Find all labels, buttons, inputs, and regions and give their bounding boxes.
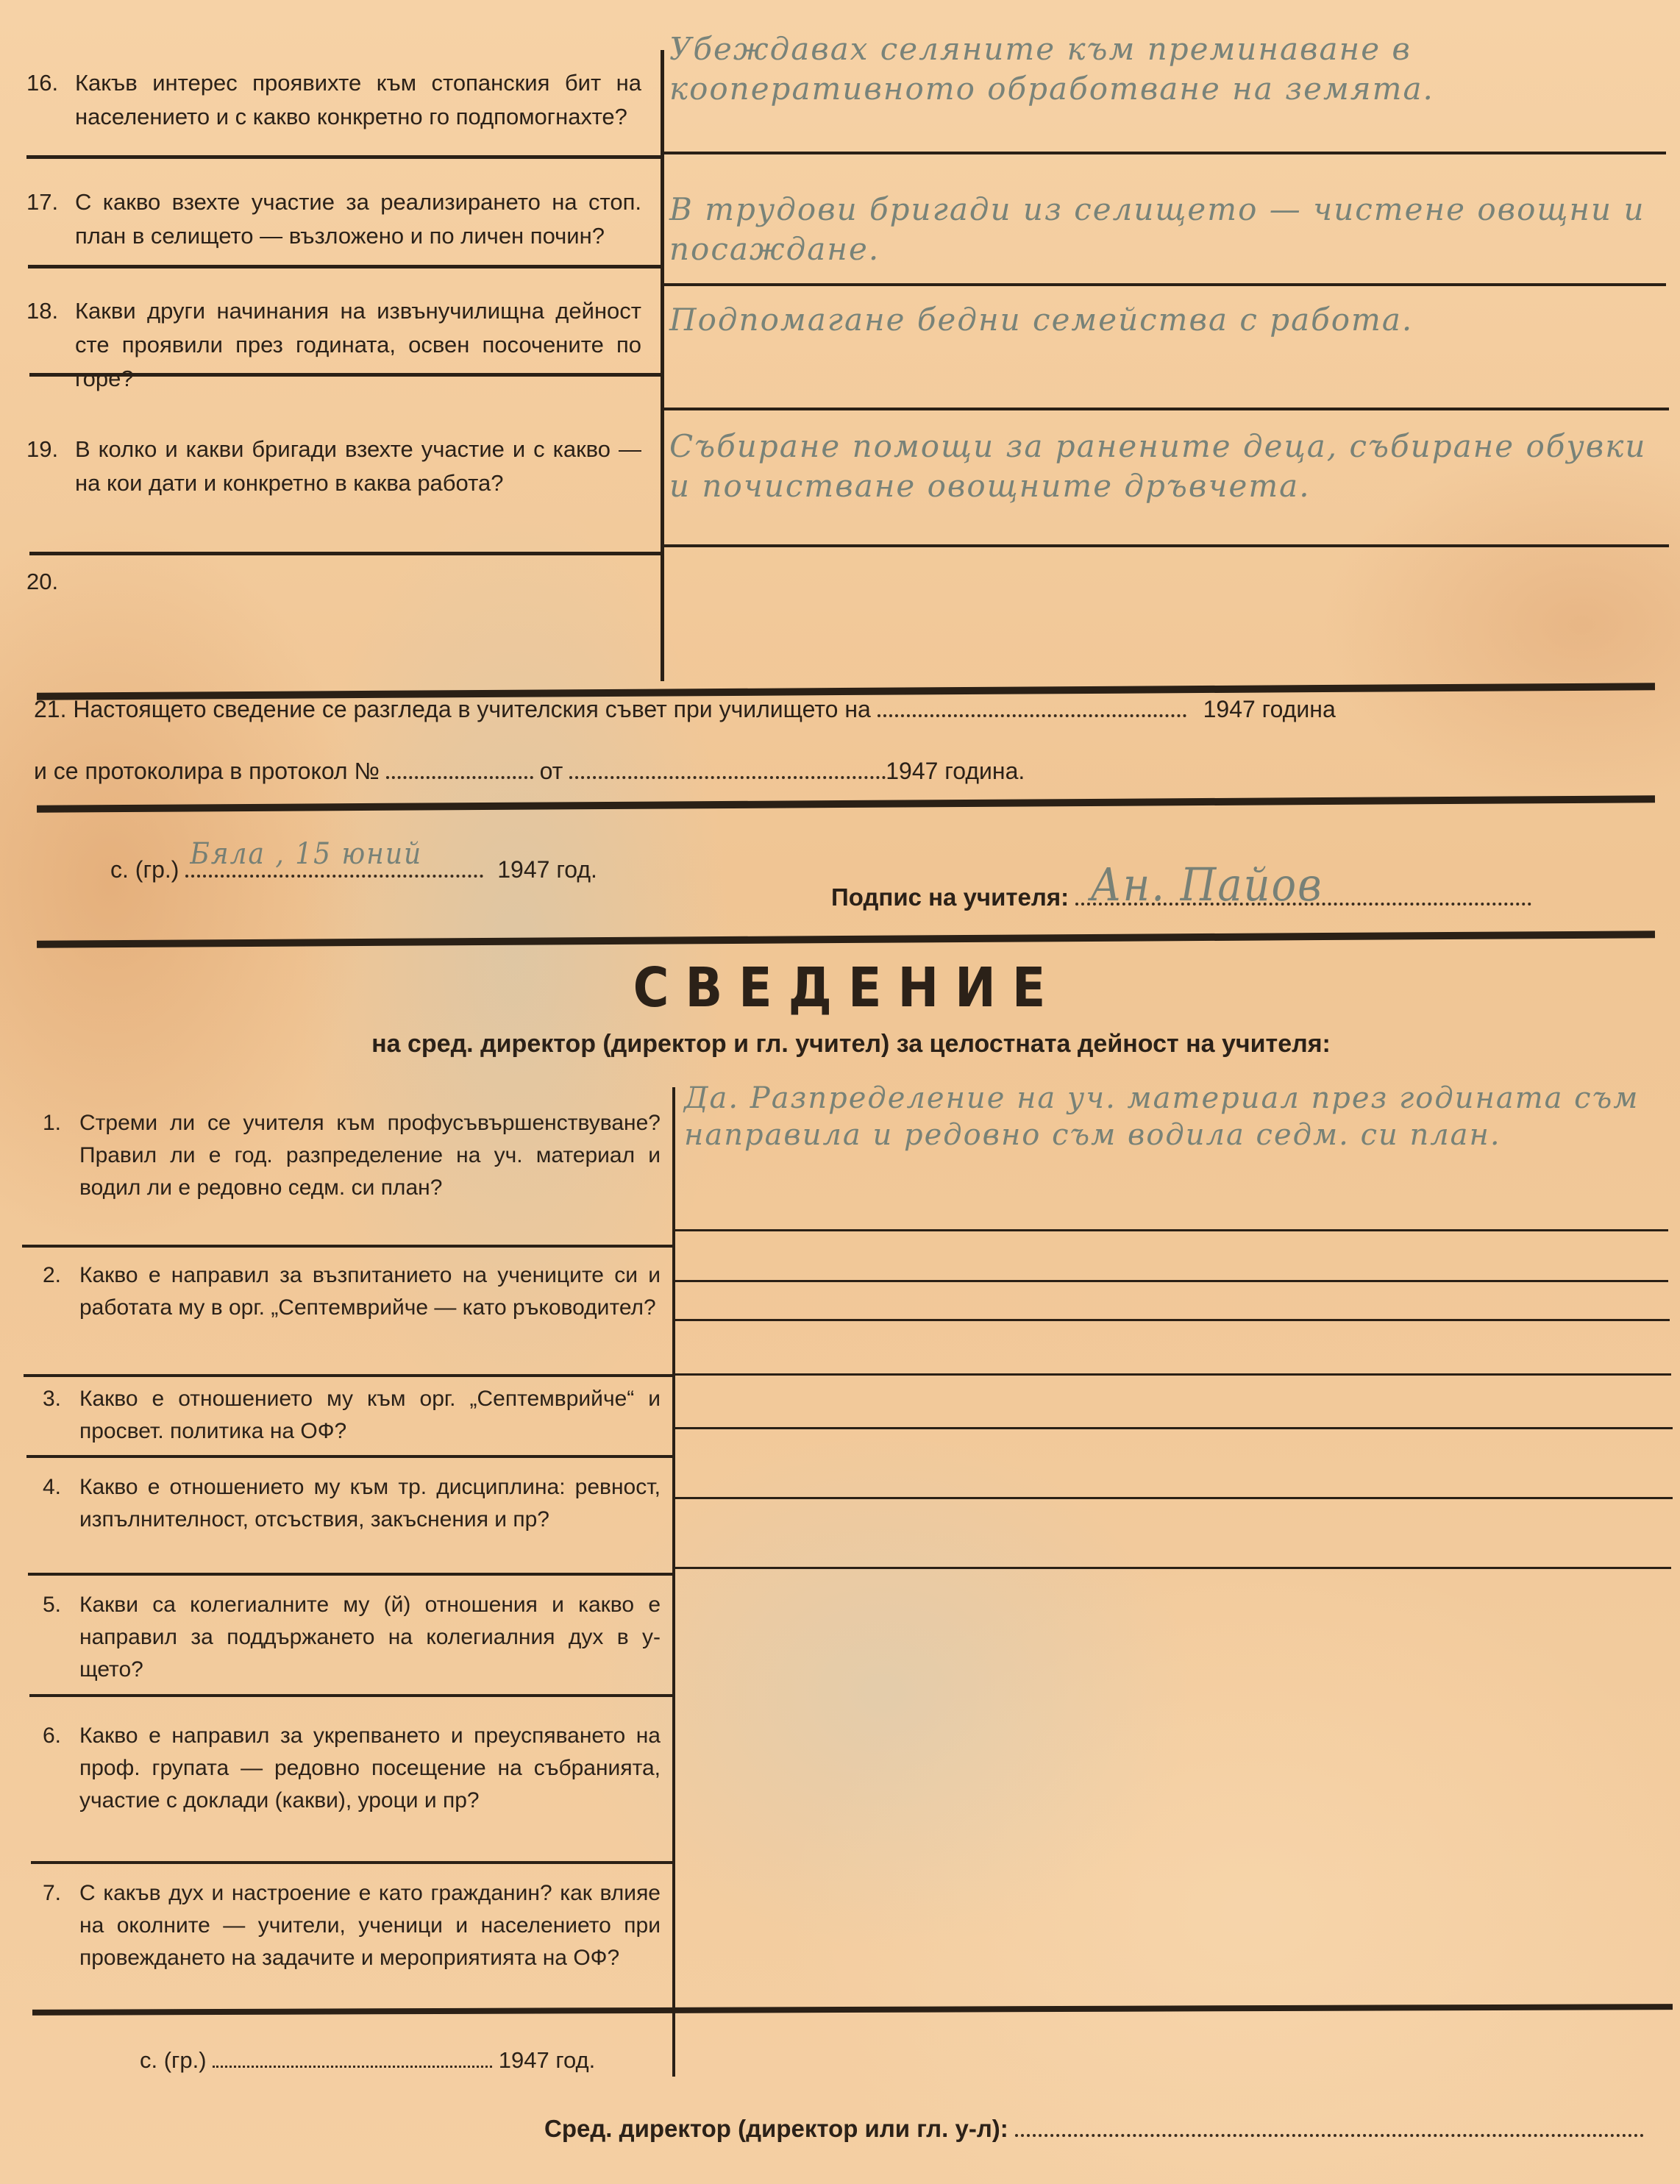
question-text: В колко и какви бригади взехте участие и… bbox=[75, 433, 641, 500]
question-number: 1. bbox=[43, 1107, 61, 1139]
protocol-from-label: от bbox=[540, 758, 563, 784]
question-text: Стреми ли се учителя към профусъвършенст… bbox=[79, 1107, 661, 1204]
row-divider bbox=[664, 152, 1666, 154]
answer-row-18: Подпомагане бедни семейства с работа. bbox=[669, 300, 1626, 340]
place-label: с. (гр.) bbox=[110, 856, 179, 883]
teacher-signature-field[interactable]: Ан. Пайов bbox=[1075, 903, 1531, 906]
teacher-signature-handwritten: Ан. Пайов bbox=[1090, 867, 1323, 903]
protocol-label: и се протоколира в протокол № bbox=[34, 758, 380, 784]
question-text: Какво е отношението му към тр. дисциплин… bbox=[79, 1471, 661, 1536]
row-divider bbox=[664, 283, 1666, 286]
question-text: Какво е направил за укрепването и преусп… bbox=[79, 1720, 661, 1817]
protocol-year: 1947 година. bbox=[886, 758, 1025, 784]
row-divider bbox=[29, 552, 661, 555]
question-number: 18. bbox=[26, 294, 58, 328]
question-number: 5. bbox=[43, 1589, 61, 1621]
section-divider bbox=[37, 795, 1655, 812]
row-divider bbox=[31, 1861, 672, 1864]
question-text: С какъв дух и настроение е като граждани… bbox=[79, 1877, 661, 1974]
item-21-year: 1947 година bbox=[1203, 696, 1336, 722]
teacher-signature-label: Подпис на учителя: bbox=[831, 883, 1069, 911]
question-text: С какво взехте участие за реализирането … bbox=[75, 185, 641, 253]
row-divider bbox=[26, 1455, 672, 1458]
row-divider bbox=[675, 1427, 1673, 1429]
director-place-label: с. (гр.) bbox=[140, 2047, 207, 2073]
section-divider bbox=[37, 931, 1655, 947]
teacher-signature-line: Подпис на учителя: Ан. Пайов bbox=[831, 880, 1531, 915]
row-divider bbox=[675, 1373, 1671, 1376]
director-signature-field[interactable] bbox=[1015, 2134, 1644, 2137]
row-divider bbox=[24, 1374, 672, 1377]
protocol-date-field[interactable] bbox=[569, 776, 886, 779]
question-number: 20. bbox=[26, 565, 58, 599]
protocol-number-field[interactable] bbox=[386, 776, 533, 779]
director-place-date-year: 1947 год. bbox=[499, 2047, 595, 2073]
row-divider bbox=[675, 1497, 1673, 1499]
question-number: 7. bbox=[43, 1877, 61, 1910]
place-date-field[interactable]: Бяла , 15 юний bbox=[185, 875, 483, 878]
row-divider bbox=[675, 1567, 1671, 1569]
row-divider bbox=[28, 1573, 672, 1576]
answer-row-16: Убеждавах селяните към преминаване в коо… bbox=[669, 29, 1655, 109]
item-21-line-1: 21. Настоящето сведение се разгледа в уч… bbox=[34, 691, 1336, 727]
question-number: 4. bbox=[43, 1471, 61, 1504]
place-date-line: с. (гр.) Бяла , 15 юний 1947 год. bbox=[110, 852, 597, 887]
report-title: СВЕДЕНИЕ bbox=[0, 956, 1673, 1020]
place-date-year: 1947 год. bbox=[497, 856, 597, 883]
question-number: 17. bbox=[26, 185, 58, 219]
row-divider bbox=[675, 1319, 1670, 1321]
place-date-handwritten: Бяла , 15 юний bbox=[190, 836, 422, 872]
school-date-field[interactable] bbox=[878, 714, 1186, 717]
column-divider bbox=[672, 1087, 675, 2077]
row-divider bbox=[664, 544, 1669, 547]
question-number: 19. bbox=[26, 433, 58, 466]
row-divider bbox=[29, 1694, 672, 1697]
director-signature-line: Сред. директор (директор или гл. у-л): bbox=[544, 2111, 1644, 2146]
question-text: Какъв интерес проявихте към стопанския б… bbox=[75, 66, 641, 134]
question-number: 2. bbox=[43, 1259, 61, 1292]
report-subtitle: на сред. директор (директор и гл. учител… bbox=[0, 1030, 1680, 1059]
row-divider bbox=[28, 265, 661, 268]
item-21-prefix: 21. Настоящето сведение се разгледа в уч… bbox=[34, 696, 871, 722]
question-text: Какво е отношението му към орг. „Септемв… bbox=[79, 1383, 661, 1448]
question-text: Какви други начинания на извънучилищна д… bbox=[75, 294, 641, 396]
report-answer-1: Да. Разпределение на уч. материал през г… bbox=[684, 1080, 1670, 1153]
column-divider bbox=[661, 50, 664, 681]
row-divider bbox=[22, 1245, 672, 1248]
answer-row-19: Събиране помощи за ранените деца, събира… bbox=[669, 427, 1648, 506]
question-text: Какво е направил за възпитанието на учен… bbox=[79, 1259, 661, 1324]
row-divider bbox=[26, 155, 661, 159]
director-signature-label: Сред. директор (директор или гл. у-л): bbox=[544, 2115, 1008, 2142]
question-number: 6. bbox=[43, 1720, 61, 1752]
director-place-date-line: с. (гр.) 1947 год. bbox=[140, 2044, 595, 2077]
row-divider bbox=[675, 1280, 1668, 1282]
question-text: Какви са колегиалните му (й) отношения и… bbox=[79, 1589, 661, 1686]
row-divider bbox=[675, 1229, 1668, 1231]
question-number: 3. bbox=[43, 1383, 61, 1415]
item-21-line-2: и се протоколира в протокол № от 1947 го… bbox=[34, 753, 1025, 789]
question-number: 16. bbox=[26, 66, 58, 100]
answer-row-17: В трудови бригади из селището — чистене … bbox=[669, 190, 1655, 269]
table-bottom-divider bbox=[32, 2004, 1673, 2016]
director-place-date-field[interactable] bbox=[213, 2066, 492, 2068]
row-divider bbox=[664, 408, 1669, 410]
